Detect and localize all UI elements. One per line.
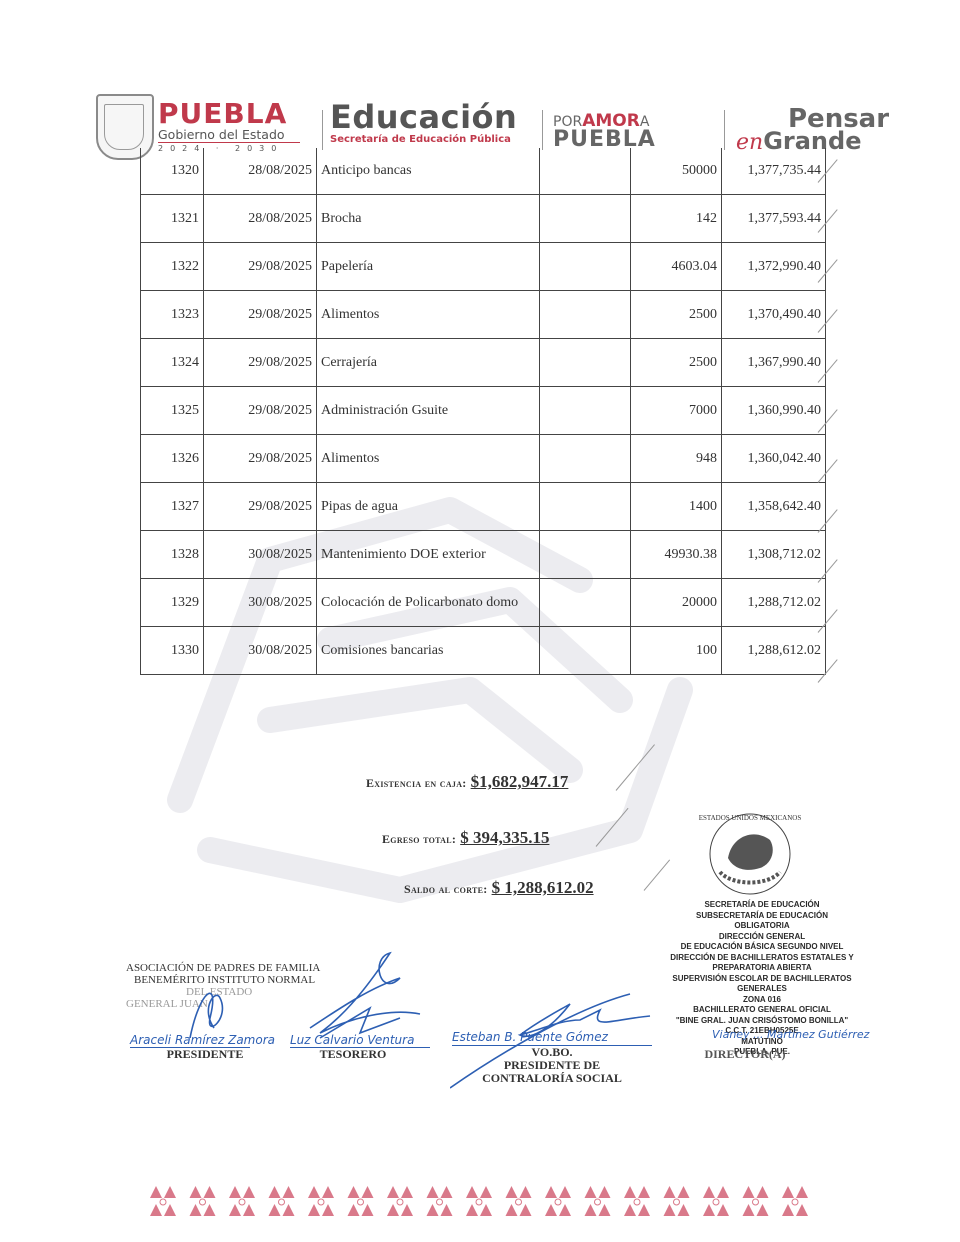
director-name-handwritten: Vianey ... Martínez Gutiérrez — [712, 1028, 869, 1041]
cell-income — [540, 531, 631, 579]
cell-balance: 1,288,612.02 — [722, 627, 826, 675]
cell-expense: 2500 — [631, 291, 722, 339]
egreso-value: $ 394,335.15 — [460, 828, 549, 847]
cell-expense: 100 — [631, 627, 722, 675]
stamp-line: PREPARATORIA ABIERTA — [662, 963, 862, 974]
cell-balance: 1,370,490.40 — [722, 291, 826, 339]
existencia-label: Existencia en caja: — [366, 776, 467, 790]
cell-no: 1329 — [141, 579, 204, 627]
cell-concept: Alimentos — [317, 291, 540, 339]
cell-concept: Administración Gsuite — [317, 387, 540, 435]
cell-no: 1326 — [141, 435, 204, 483]
table-row: 132128/08/2025Brocha1421,377,593.44 — [141, 195, 826, 243]
cell-concept: Mantenimiento DOE exterior — [317, 531, 540, 579]
vobo-name-handwritten: Esteban B. Puente Gómez — [452, 1030, 608, 1044]
president-role: PRESIDENTE — [160, 1048, 250, 1061]
stamp-line: SUPERVISIÓN ESCOLAR DE BACHILLERATOS — [662, 974, 862, 985]
por-amor-a-puebla-logo: PORAMORA PUEBLA — [553, 112, 656, 149]
cell-date: 28/08/2025 — [204, 195, 317, 243]
cell-income — [540, 291, 631, 339]
stamp-line: GENERALES — [662, 984, 862, 995]
cell-income — [540, 387, 631, 435]
existencia-en-caja: Existencia en caja: $1,682,947.17 — [366, 772, 568, 792]
cell-concept: Comisiones bancarias — [317, 627, 540, 675]
existencia-value: $1,682,947.17 — [471, 772, 569, 791]
saldo-label: Saldo al corte: — [404, 882, 488, 896]
stamp-line: ZONA 016 — [662, 995, 862, 1006]
check-mark — [644, 860, 670, 891]
cell-concept: Cerrajería — [317, 339, 540, 387]
cell-date: 29/08/2025 — [204, 435, 317, 483]
educacion-subtitle: Secretaría de Educación Pública — [330, 134, 517, 145]
cell-date: 30/08/2025 — [204, 531, 317, 579]
cell-concept: Pipas de agua — [317, 483, 540, 531]
table-row: 132729/08/2025Pipas de agua14001,358,642… — [141, 483, 826, 531]
stamp-line: DE EDUCACIÓN BÁSICA SEGUNDO NIVEL — [662, 942, 862, 953]
treasurer-name-handwritten: Luz Calvario Ventura — [290, 1033, 414, 1047]
cell-income — [540, 243, 631, 291]
educacion-logo: Educación Secretaría de Educación Públic… — [330, 100, 517, 145]
cell-balance: 1,360,990.40 — [722, 387, 826, 435]
cell-concept: Alimentos — [317, 435, 540, 483]
cell-concept: Colocación de Policarbonato domo — [317, 579, 540, 627]
table-row: 132028/08/2025Anticipo bancas500001,377,… — [141, 148, 826, 195]
cell-no: 1322 — [141, 243, 204, 291]
cell-balance: 1,377,735.44 — [722, 148, 826, 195]
cell-no: 1320 — [141, 148, 204, 195]
table-row: 132229/08/2025Papelería4603.041,372,990.… — [141, 243, 826, 291]
cell-expense: 4603.04 — [631, 243, 722, 291]
cell-no: 1327 — [141, 483, 204, 531]
check-mark — [616, 744, 655, 791]
saldo-value: $ 1,288,612.02 — [492, 878, 594, 897]
cell-balance: 1,360,042.40 — [722, 435, 826, 483]
stamp-line: DIRECCIÓN GENERAL — [662, 932, 862, 943]
cell-concept: Anticipo bancas — [317, 148, 540, 195]
cell-expense: 20000 — [631, 579, 722, 627]
cell-date: 29/08/2025 — [204, 291, 317, 339]
expense-ledger-table: 132028/08/2025Anticipo bancas500001,377,… — [140, 148, 826, 675]
cell-expense: 948 — [631, 435, 722, 483]
cell-date: 29/08/2025 — [204, 339, 317, 387]
cell-expense: 142 — [631, 195, 722, 243]
table-row: 132529/08/2025Administración Gsuite70001… — [141, 387, 826, 435]
cell-expense: 49930.38 — [631, 531, 722, 579]
stamp-line: SECRETARÍA DE EDUCACIÓN — [662, 900, 862, 911]
cell-income — [540, 195, 631, 243]
puebla-logo: PUEBLA Gobierno del Estado 2024 · 2030 — [158, 100, 300, 155]
cell-balance: 1,377,593.44 — [722, 195, 826, 243]
stamp-line: DIRECCIÓN DE BACHILLERATOS ESTATALES Y — [662, 953, 862, 964]
vobo-block: VO.BO. PRESIDENTE DE CONTRALORÍA SOCIAL — [462, 1046, 642, 1085]
cell-income — [540, 627, 631, 675]
decorative-footer-band — [142, 1184, 822, 1218]
cell-no: 1324 — [141, 339, 204, 387]
stamp-line: BACHILLERATO GENERAL OFICIAL — [662, 1005, 862, 1016]
puebla-subtitle: Gobierno del Estado — [158, 128, 300, 143]
cell-no: 1328 — [141, 531, 204, 579]
cell-balance: 1,308,712.02 — [722, 531, 826, 579]
cell-date: 29/08/2025 — [204, 243, 317, 291]
president-name-handwritten: Araceli Ramírez Zamora — [130, 1033, 275, 1047]
stamp-line: OBLIGATORIA — [662, 921, 862, 932]
cell-date: 30/08/2025 — [204, 579, 317, 627]
puebla-title: PUEBLA — [158, 100, 300, 128]
cell-no: 1330 — [141, 627, 204, 675]
cell-balance: 1,358,642.40 — [722, 483, 826, 531]
table-row: 132629/08/2025Alimentos9481,360,042.40 — [141, 435, 826, 483]
educacion-title: Educación — [330, 100, 517, 134]
cell-no: 1325 — [141, 387, 204, 435]
cell-income — [540, 579, 631, 627]
mexico-coat-of-arms-seal-icon: ESTADOS UNIDOS MEXICANOS — [698, 806, 802, 900]
table-row: 133030/08/2025Comisiones bancarias1001,2… — [141, 627, 826, 675]
egreso-label: Egreso total: — [382, 832, 456, 846]
table-row: 132429/08/2025Cerrajería25001,367,990.40 — [141, 339, 826, 387]
cell-income — [540, 435, 631, 483]
stamp-line: SUBSECRETARÍA DE EDUCACIÓN — [662, 911, 862, 922]
cell-balance: 1,372,990.40 — [722, 243, 826, 291]
cell-income — [540, 483, 631, 531]
poramor-puebla: PUEBLA — [553, 131, 656, 149]
cell-date: 29/08/2025 — [204, 387, 317, 435]
logo-divider — [724, 110, 725, 150]
stamp-line: "BINE GRAL. JUAN CRISÓSTOMO BONILLA" — [662, 1016, 862, 1027]
cell-date: 29/08/2025 — [204, 483, 317, 531]
director-role: DIRECTOR(A) — [700, 1048, 790, 1061]
cell-date: 28/08/2025 — [204, 148, 317, 195]
cell-expense: 50000 — [631, 148, 722, 195]
cell-expense: 7000 — [631, 387, 722, 435]
cell-date: 30/08/2025 — [204, 627, 317, 675]
table-row: 132930/08/2025Colocación de Policarbonat… — [141, 579, 826, 627]
egreso-total: Egreso total: $ 394,335.15 — [382, 828, 549, 848]
vobo-line: CONTRALORÍA SOCIAL — [462, 1072, 642, 1085]
cell-concept: Brocha — [317, 195, 540, 243]
cell-expense: 1400 — [631, 483, 722, 531]
table-row: 132329/08/2025Alimentos25001,370,490.40 — [141, 291, 826, 339]
logo-divider — [542, 110, 543, 150]
cell-no: 1321 — [141, 195, 204, 243]
cell-income — [540, 339, 631, 387]
table-row: 132830/08/2025Mantenimiento DOE exterior… — [141, 531, 826, 579]
cell-no: 1323 — [141, 291, 204, 339]
cell-income — [540, 148, 631, 195]
saldo-al-corte: Saldo al corte: $ 1,288,612.02 — [404, 878, 594, 898]
cell-balance: 1,288,712.02 — [722, 579, 826, 627]
check-mark — [596, 808, 629, 847]
cell-balance: 1,367,990.40 — [722, 339, 826, 387]
treasurer-role: TESORERO — [308, 1048, 398, 1061]
cell-concept: Papelería — [317, 243, 540, 291]
seal-ring-text: ESTADOS UNIDOS MEXICANOS — [699, 814, 802, 822]
logo-divider — [322, 110, 323, 150]
cell-expense: 2500 — [631, 339, 722, 387]
